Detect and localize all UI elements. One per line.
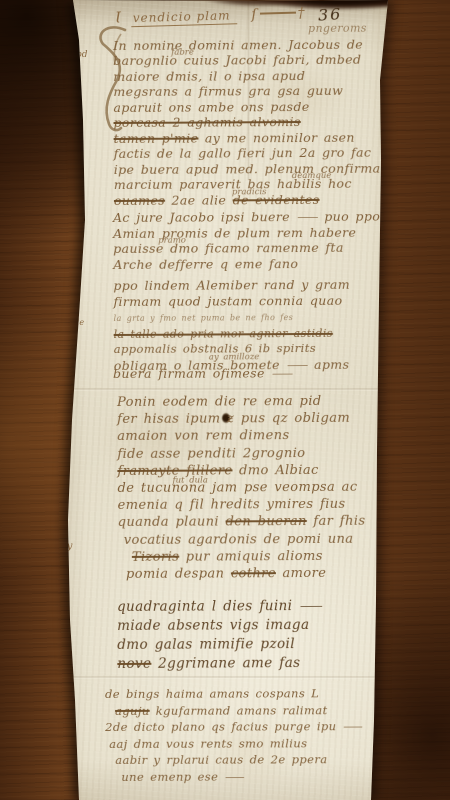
handwriting-line: de bings haima amans cospans L	[105, 685, 362, 702]
handwriting-line: aaj dma vous rents smo milius	[109, 735, 362, 752]
handwriting-line: pauisse dmo ficamo ramenme ftapramo	[113, 240, 380, 257]
text-segment: Arche defferre q eme fano	[113, 256, 298, 272]
paraph-stroke	[260, 12, 296, 15]
handwriting-line: miade absents vigs imaga	[117, 616, 322, 636]
struck-text: Tizoris	[132, 550, 179, 565]
text-segment: la grta y fmo net puma be ne fho fes	[114, 313, 294, 323]
text-segment: firmam quod justam connia quao	[113, 292, 342, 308]
handwriting-line: la talle ado pria mor agnier astidis	[114, 325, 381, 342]
handwriting-line: Ac jure Jacobo ipsi buere ⸺ puo ppo	[113, 209, 380, 226]
handwriting-line: fer hisas ipum ƶ pus qz obligam	[117, 410, 365, 429]
text-segment: ipe buera apud med. plenum confirmat	[114, 160, 386, 176]
text-segment: de bings haima amans cospans L	[105, 686, 319, 701]
handwriting-line: porcasa 2 aghamis alvomis	[113, 114, 385, 131]
struck-text: nove	[117, 656, 151, 672]
text-segment: emenia q fil hredits ymires fius	[118, 497, 346, 513]
text-segment: megsrans a firmus gra gsa guuw	[113, 83, 343, 99]
text-segment: Ponin eodem die re ema pid	[117, 394, 322, 410]
handwriting-block-second-entry: Ponin eodem die re ema pidfer hisas ipum…	[117, 393, 366, 584]
text-segment: ppo lindem Alemiber rand y gram	[113, 277, 350, 293]
handwriting-line: framayte fililere dmo Albiac	[117, 462, 365, 481]
handwriting-block-entry-clause: Ac jure Jacobo ipsi buere ⸺ puo ppoAmian…	[113, 209, 381, 373]
text-segment: Amian promis de plum rem habere	[113, 224, 356, 240]
handwriting-line: ouames 2ae alie de evidentespradicis	[114, 191, 386, 208]
interlinear-insertion: deamque	[292, 169, 332, 185]
struck-text: ouames	[114, 192, 165, 207]
text-segment: 2ggrimane ame fas	[151, 655, 300, 672]
text-segment: fide asse penditi 2grognio	[117, 446, 305, 462]
writing-layer: Ɩ vendicio plam ſ† 36 pngeromsIn nomine …	[55, 0, 405, 800]
text-segment: buera firmam ofimese ⸺	[113, 365, 293, 381]
struck-text: den bueran	[226, 514, 307, 529]
handwriting-line: 2de dicto plano qs facius purge ipu ⸺	[105, 718, 362, 735]
handwriting-line: aguju kgufarmand amans ralimat	[115, 702, 362, 719]
handwriting-line: ppo lindem Alemiber rand y gram	[113, 277, 380, 294]
text-segment: pauisse dmo ficamo ramenme fta	[113, 240, 344, 256]
handwriting-line: amaion von rem dimens	[117, 427, 365, 446]
interlinear-insertion: ay amilloze	[209, 350, 260, 366]
handwriting-line: Ponin eodem die re ema pid	[117, 393, 365, 412]
handwriting-line: vocatius agardonis de pomi una	[124, 530, 366, 548]
text-segment: une emenp ese ⸺	[121, 769, 244, 783]
interlinear-insertion: fut dula	[172, 473, 208, 490]
text-segment: barognlio cuius Jacobi fabri, dmbed	[113, 52, 361, 68]
text-segment: 2ae alie	[165, 192, 233, 207]
handwriting-line: aabir y rplarui caus de 2e ppera	[115, 751, 362, 768]
text-segment: pomia despan	[126, 566, 231, 582]
text-segment: quadraginta l dies fuini ⸺	[117, 598, 322, 615]
struck-text: tamen p'mie	[114, 130, 199, 145]
text-segment: fer hisas ipum ƶ pus qz obligam	[117, 411, 350, 427]
text-segment: dmo galas mimifie pzoil	[117, 636, 295, 653]
handwriting-line: fide asse penditi 2grognio	[117, 444, 365, 463]
text-segment: pur amiquis alioms	[179, 549, 323, 565]
handwriting-line: maiore dmis, il o ipsa apud	[113, 67, 385, 84]
text-segment: amaion von rem dimens	[117, 429, 289, 445]
text-segment: vocatius agardonis de pomi una	[124, 531, 354, 547]
text-segment: aabir y rplarui caus de 2e ppera	[115, 752, 327, 767]
handwriting-line: une emenp ese ⸺	[121, 768, 362, 785]
text-segment: Ac jure Jacobo ipsi buere ⸺ puo ppo	[113, 209, 380, 225]
margin-note: cotalle	[57, 318, 84, 327]
photo-of-manuscript: Ɩ vendicio plam ſ† 36 pngeromsIn nomine …	[0, 0, 450, 800]
handwriting-line: ipe buera apud med. plenum confirmat	[114, 160, 386, 177]
handwriting-line: firmam quod justam connia quao	[113, 292, 380, 309]
handwriting-line: buera firmam ofimese ⸺	[113, 365, 293, 381]
handwriting-line: quanda plauni den bueran far fhis	[118, 513, 366, 532]
text-segment: miade absents vigs imaga	[117, 617, 309, 634]
handwriting-line: Amian promis de plum rem habere	[113, 224, 380, 241]
handwriting-line: pomia despan cothre amore	[126, 565, 366, 583]
handwriting-line: barognlio cuius Jacobi fabri, dmbedfabre	[113, 52, 385, 69]
manuscript-paper: Ɩ vendicio plam ſ† 36 pngeromsIn nomine …	[55, 0, 405, 800]
handwriting-line: aparuit ons ambe ons pasde	[113, 98, 385, 115]
heading-paraph-mark: ſ†	[251, 6, 306, 22]
margin-note: ry	[62, 541, 72, 552]
text-segment: aaj dma vous rents smo milius	[109, 736, 307, 751]
handwriting-line: factis de la gallo fieri jun 2a gro fac	[114, 145, 386, 162]
struck-text: la talle ado pria mor agnier astidis	[114, 326, 333, 340]
handwriting-line: tamen p'mie ay me nominilor asen	[114, 129, 386, 146]
handwriting-line: dmo galas mimifie pzoil	[117, 635, 322, 655]
handwriting-block-third-entry: quadraginta l dies fuini ⸺miade absents …	[117, 597, 323, 674]
text-segment: aparuit ons ambe ons pasde	[113, 98, 309, 114]
handwriting-line: Tizoris pur amiquis alioms	[132, 548, 366, 566]
paraph-cross: †	[297, 5, 305, 21]
struck-text: cothre	[231, 566, 276, 581]
interlinear-insertion: fabre	[171, 46, 194, 62]
text-segment: pngeroms	[308, 22, 367, 35]
text-segment: de tucunona jam pse veompsa ac	[117, 480, 357, 496]
interlinear-insertion: pramo	[158, 234, 186, 250]
struck-text: aguju	[115, 703, 150, 717]
text-segment: dmo Albiac	[232, 463, 318, 478]
interlinear-insertion: pradicis	[232, 185, 267, 201]
handwriting-line: la grta y fmo net puma be ne fho fes	[114, 310, 381, 327]
handwriting-line: nove 2ggrimane ame fas	[117, 654, 322, 674]
text-segment: In nomine domini amen. Jacobus de	[113, 36, 363, 52]
text-segment: amore	[276, 566, 326, 581]
margin-note: eod	[71, 50, 88, 60]
text-segment: factis de la gallo fieri jun 2a gro fac	[114, 145, 372, 161]
handwriting-block-docket: de bings haima amans cospans Laguju kguf…	[105, 685, 363, 785]
handwriting-line: de tucunona jam pse veompsa acfut dula	[117, 479, 365, 498]
handwriting-line: Arche defferre q eme fano	[113, 255, 380, 272]
text-segment: ay me nominilor asen	[198, 129, 354, 145]
handwriting-line: emenia q fil hredits ymires fius	[118, 496, 366, 515]
text-segment: maiore dmis, il o ipsa apud	[113, 67, 305, 83]
text-segment: far fhis	[307, 514, 366, 529]
handwriting-line: In nomine domini amen. Jacobus de	[113, 36, 385, 53]
handwriting-line: pngeroms	[308, 21, 385, 37]
text-segment: 2de dicto plano qs facius purge ipu ⸺	[105, 719, 362, 734]
handwriting-line: quadraginta l dies fuini ⸺	[117, 597, 322, 617]
text-segment: quanda plauni	[118, 515, 226, 531]
handwriting-block-entry-opening: pngeromsIn nomine domini amen. Jacobus d…	[113, 21, 386, 208]
text-segment: kgufarmand amans ralimat	[150, 703, 328, 718]
paper-wrap: Ɩ vendicio plam ſ† 36 pngeromsIn nomine …	[55, 0, 405, 800]
handwriting-line: megsrans a firmus gra gsa guuw	[113, 83, 385, 100]
handwriting-block-entry-close: buera firmam ofimese ⸺	[113, 365, 293, 381]
struck-text: porcasa 2 aghamis alvomis	[113, 114, 300, 130]
